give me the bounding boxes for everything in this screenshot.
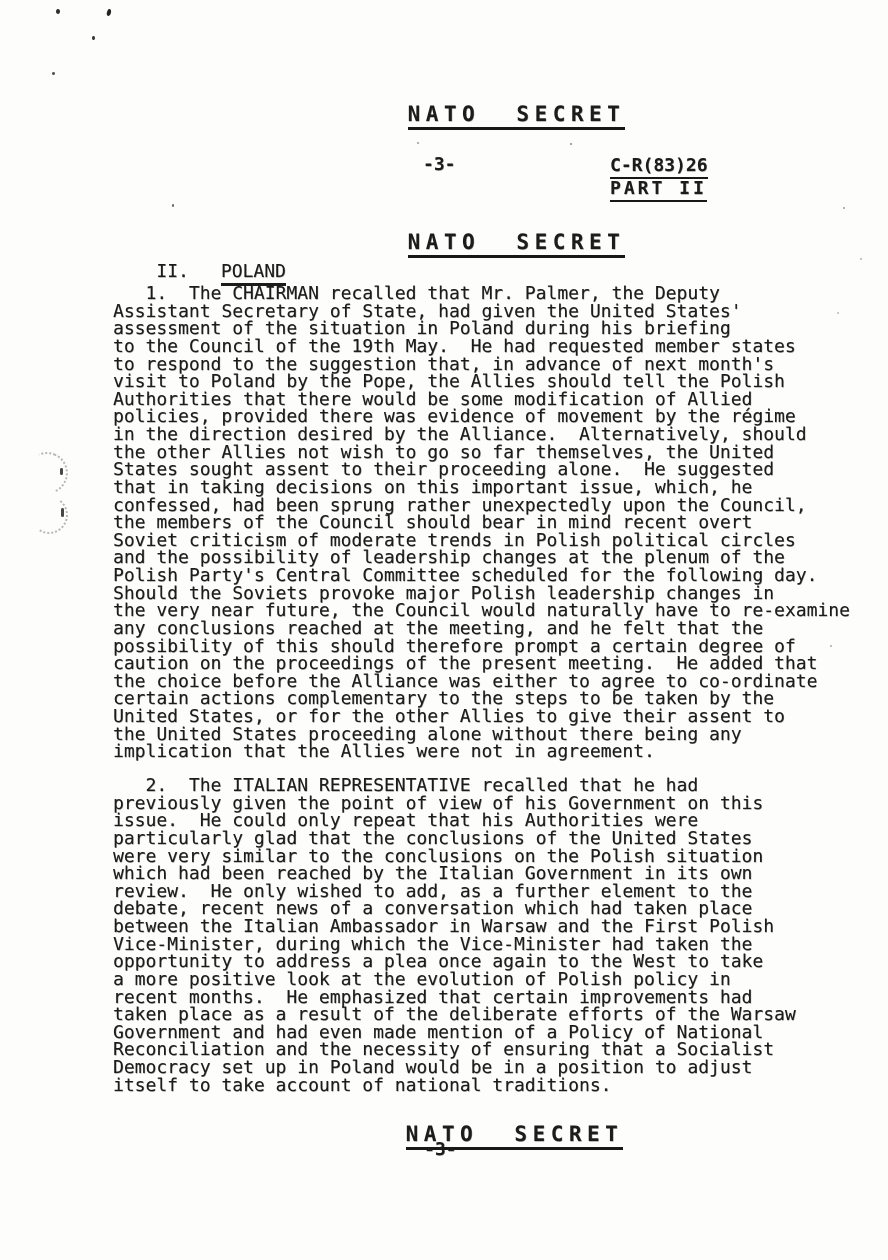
scan-speck [106,9,112,17]
classification-banner-top: NATO SECRET [335,81,625,152]
document-reference: C-R(83)26 PART II [610,156,708,202]
paragraph-1: 1. The CHAIRMAN recalled that Mr. Palmer… [113,285,850,761]
classification-text: NATO SECRET [408,231,626,258]
pencil-circle-mark [20,446,75,501]
scan-speck [837,312,839,314]
scan-speck [830,645,832,647]
scan-speck [172,204,174,207]
scan-speck [860,258,862,260]
paragraph-2: 2. The ITALIAN REPRESENTATIVE recalled t… [113,777,796,1094]
classification-text: NATO SECRET [408,103,626,130]
scan-speck [843,207,845,209]
scan-speck [52,72,55,75]
reference-number: C-R(83)26 [610,156,708,179]
scan-speck [570,143,572,145]
classification-banner-bottom: NATO SECRET [333,1101,623,1172]
classification-banner-mid: NATO SECRET [335,209,625,280]
scan-speck [417,142,419,144]
scan-speck [92,36,95,40]
pencil-circle-mark [26,492,71,537]
page-number-top: -3- [423,156,456,174]
scan-speck [56,9,60,14]
page-number-bottom: -3- [424,1141,457,1159]
reference-part: PART II [610,179,707,202]
document-page: NATO SECRET -3- C-R(83)26 PART II NATO S… [0,0,888,1260]
section-numeral: II. [156,261,189,282]
